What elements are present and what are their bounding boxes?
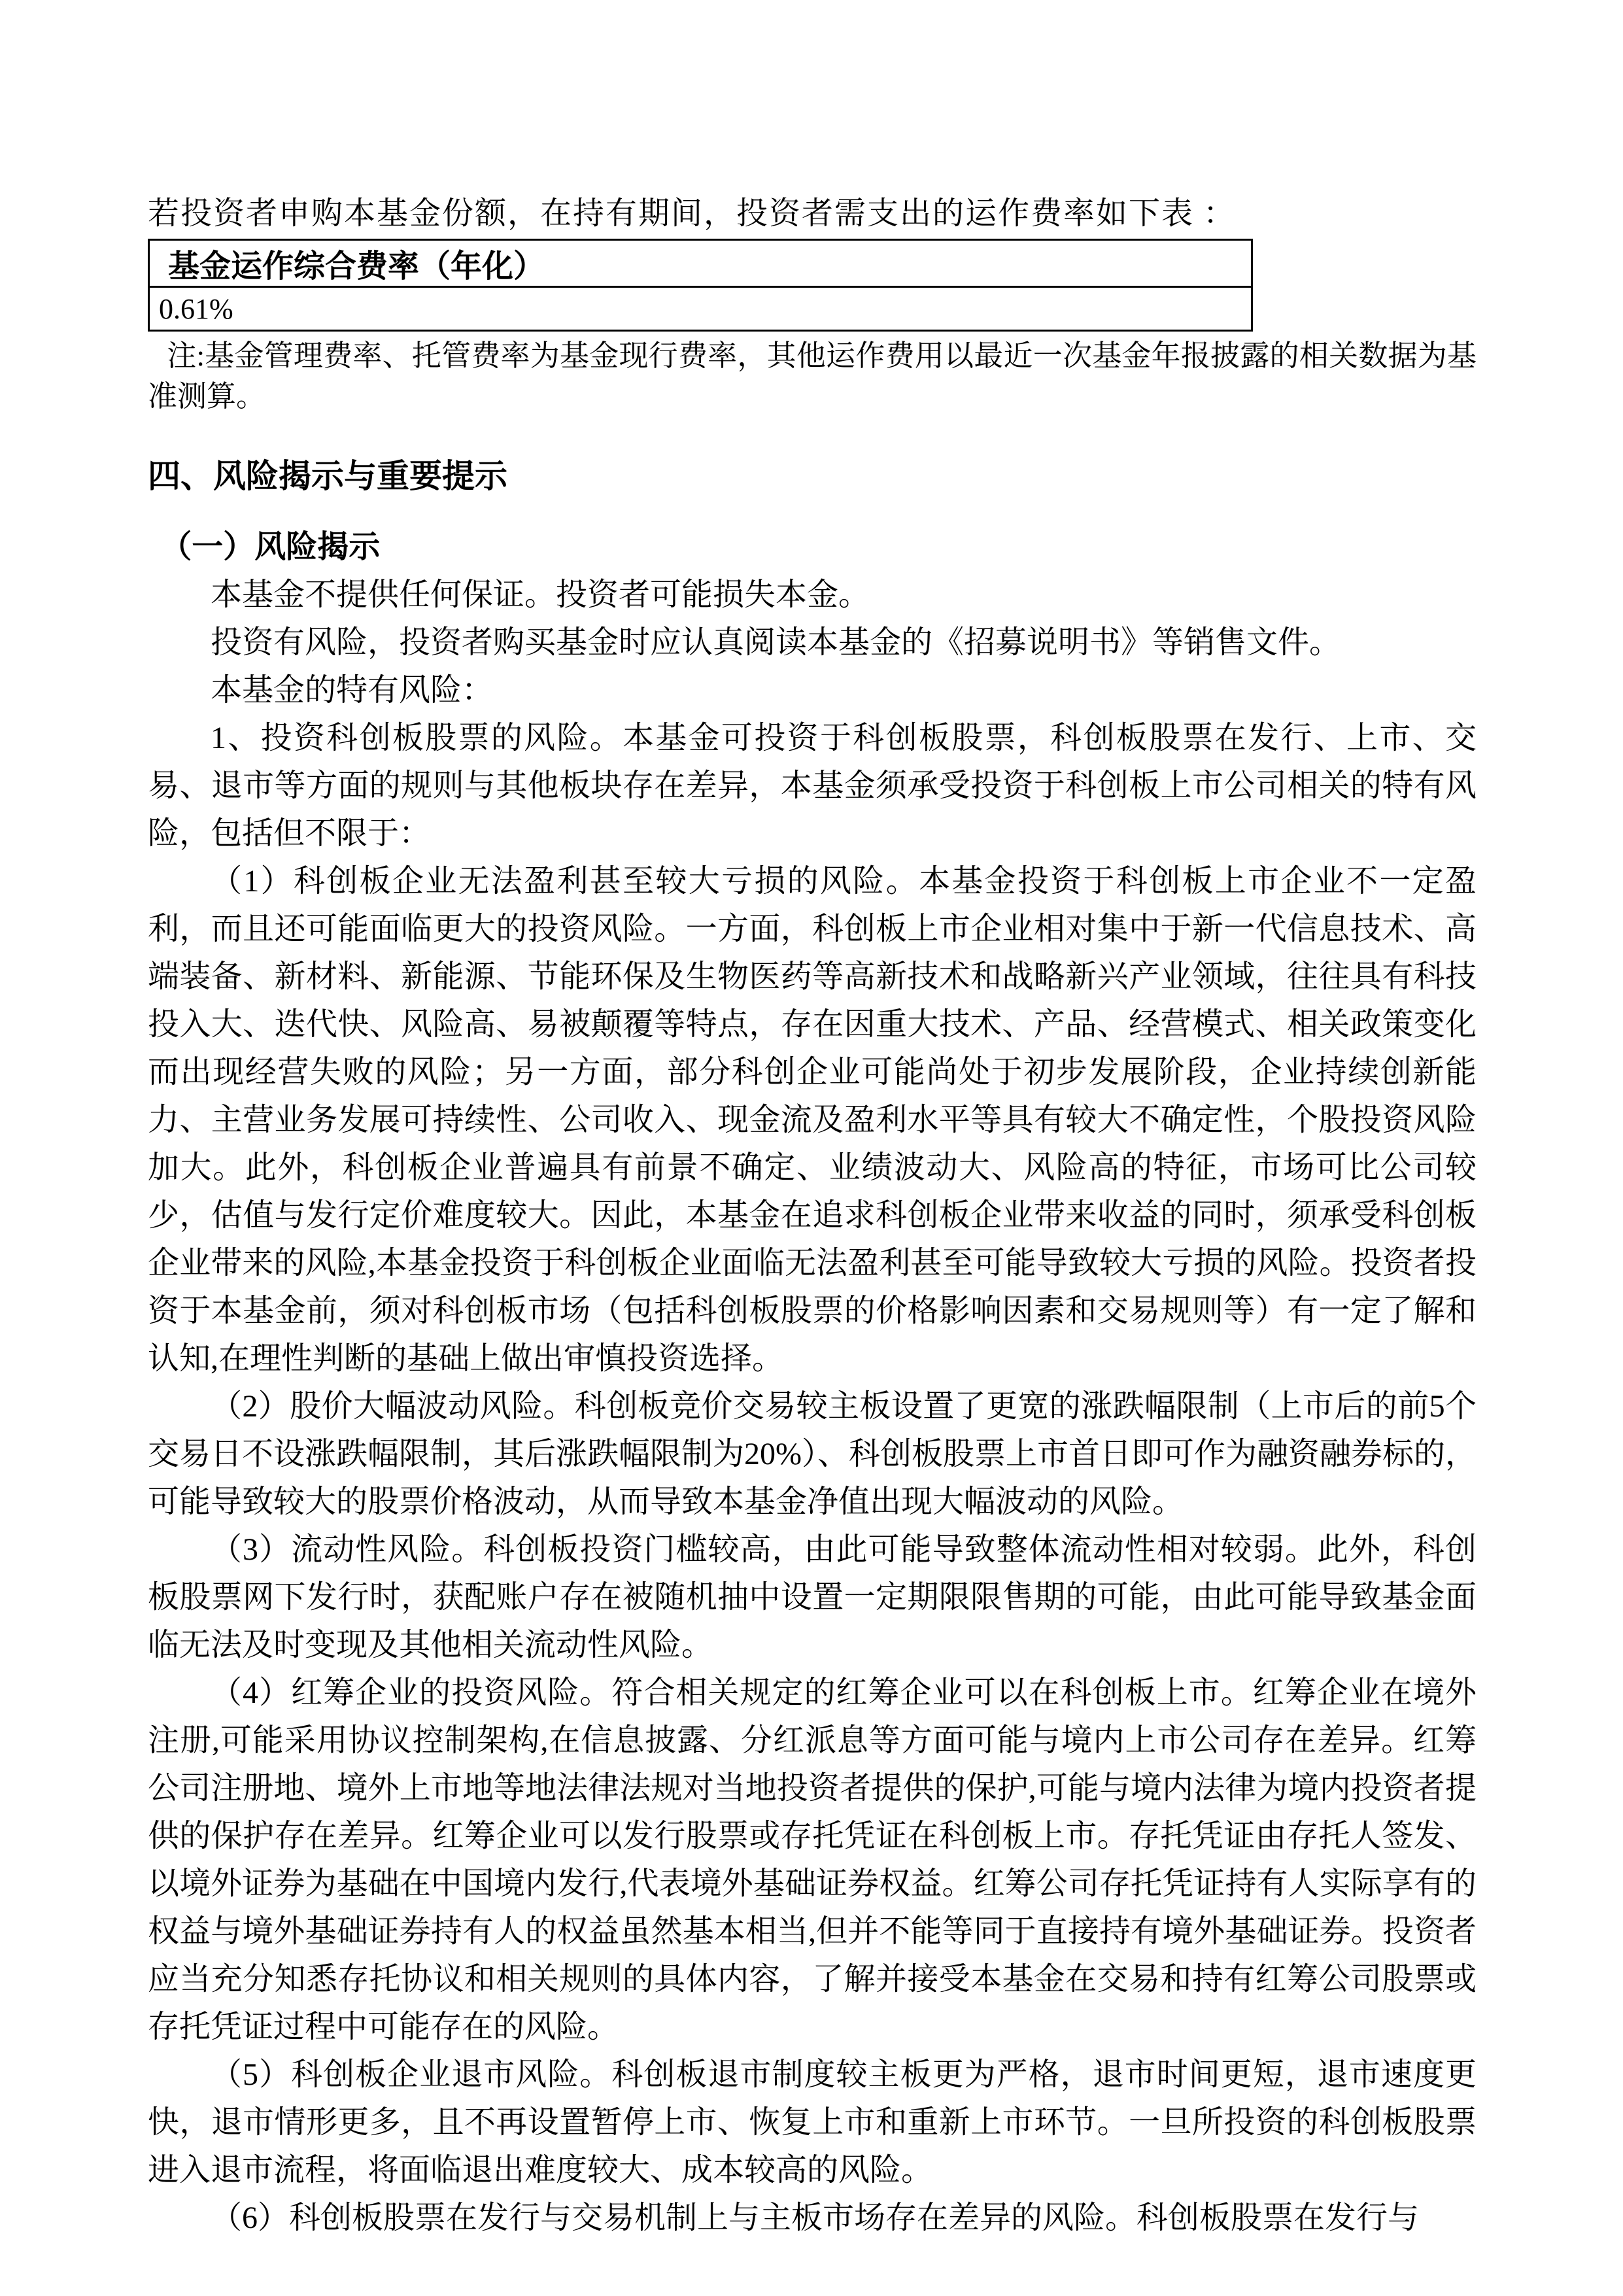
risk-paragraphs: 本基金不提供任何保证。投资者可能损失本金。 投资有风险，投资者购买基金时应认真阅… xyxy=(148,571,1477,2242)
fee-table-value-row: 0.61% xyxy=(149,287,1252,331)
fee-table: 基金运作综合费率（年化） 0.61% xyxy=(148,239,1253,332)
risk-paragraph: （6）科创板股票在发行与交易机制上与主板市场存在差异的风险。科创板股票在发行与 xyxy=(148,2194,1477,2242)
risk-paragraph: 1、投资科创板股票的风险。本基金可投资于科创板股票，科创板股票在发行、上市、交易… xyxy=(148,714,1477,857)
risk-paragraph: （2）股价大幅波动风险。科创板竞价交易较主板设置了更宽的涨跌幅限制（上市后的前5… xyxy=(148,1382,1477,1526)
fee-note: 注:基金管理费率、托管费率为基金现行费率，其他运作费用以最近一次基金年报披露的相… xyxy=(148,335,1477,417)
subsection-heading: （一）风险揭示 xyxy=(148,523,1477,571)
intro-text: 若投资者申购本基金份额，在持有期间，投资者需支出的运作费率如下表 ： xyxy=(148,190,1477,237)
fee-table-header-cell: 基金运作综合费率（年化） xyxy=(149,240,1252,287)
section-heading: 四、风险揭示与重要提示 xyxy=(148,453,1477,500)
fee-table-value-cell: 0.61% xyxy=(149,287,1252,331)
risk-paragraph: 本基金不提供任何保证。投资者可能损失本金。 xyxy=(148,571,1477,619)
fee-table-header-row: 基金运作综合费率（年化） xyxy=(149,240,1252,287)
risk-paragraph: （5）科创板企业退市风险。科创板退市制度较主板更为严格，退市时间更短，退市速度更… xyxy=(148,2051,1477,2194)
risk-paragraph: （3）流动性风险。科创板投资门槛较高，由此可能导致整体流动性相对较弱。此外，科创… xyxy=(148,1526,1477,1669)
risk-paragraph: （1）科创板企业无法盈利甚至较大亏损的风险。本基金投资于科创板上市企业不一定盈利… xyxy=(148,857,1477,1382)
risk-paragraph: 本基金的特有风险： xyxy=(148,666,1477,714)
document-page: 若投资者申购本基金份额，在持有期间，投资者需支出的运作费率如下表 ： 基金运作综… xyxy=(0,0,1623,2296)
risk-paragraph: 投资有风险，投资者购买基金时应认真阅读本基金的《招募说明书》等销售文件。 xyxy=(148,619,1477,666)
risk-paragraph: （4）红筹企业的投资风险。符合相关规定的红筹企业可以在科创板上市。红筹企业在境外… xyxy=(148,1669,1477,2051)
